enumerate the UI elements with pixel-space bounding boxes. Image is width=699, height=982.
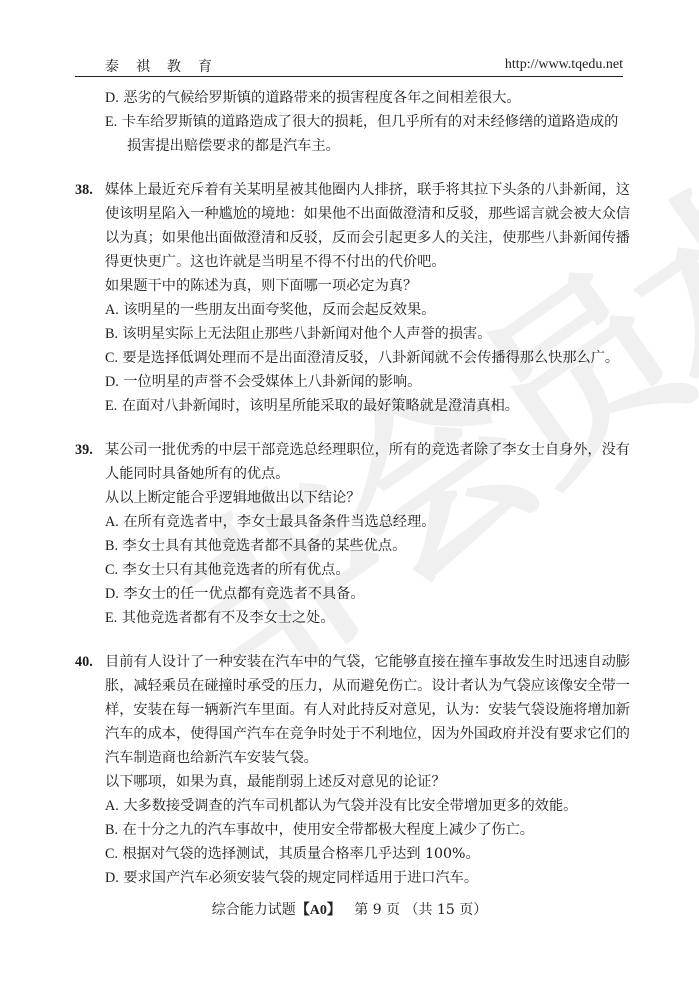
option-text: 在面对八卦新闻时，该明星所能采取的最好策略就是澄清真相。	[122, 398, 519, 414]
question-stem-line: 人能同时具备她所有的优点。	[75, 462, 630, 486]
option-text: 要求国产汽车必须安装气袋的规定同样适用于进口汽车。	[123, 870, 478, 886]
question-40: 40.目前有人设计了一种安装在汽车中的气袋，它能够直接在撞车事故发生时迅速自动膨…	[75, 650, 630, 890]
option-letter: B.	[105, 538, 118, 554]
question-number: 39.	[75, 438, 105, 462]
footer-title: 综合能力试题	[212, 902, 296, 918]
option-text: 该明星实际上无法阻止那些八卦新闻对他个人声誉的损害。	[123, 326, 492, 342]
question-number: 38.	[75, 178, 105, 202]
header-url: http://www.tqedu.net	[505, 57, 623, 73]
option-c: C. 李女士只有其他竞选者的所有优点。	[75, 558, 630, 582]
question-prompt: 从以上断定能合乎逻辑地做出以下结论？	[75, 486, 630, 510]
page-content: D. 恶劣的气候给罗斯镇的道路带来的损害程度各年之间相差很大。 E. 卡车给罗斯…	[75, 86, 630, 890]
question-39: 39.某公司一批优秀的中层干部竞选总经理职位，所有的竞选者除了李女士自身外，没有…	[75, 438, 630, 630]
document-page: 非会员水印 泰祺教育 http://www.tqedu.net D. 恶劣的气候…	[0, 0, 699, 982]
question-stem-line: 使该明星陷入一种尴尬的境地：如果他不出面做澄清和反驳，那些谣言就会被大众信	[75, 202, 630, 226]
option-b: B. 在十分之九的汽车事故中，使用安全带都极大程度上减少了伤亡。	[75, 818, 630, 842]
option-b: B. 李女士具有其他竞选者都不具备的某些优点。	[75, 534, 630, 558]
stem-text: 媒体上最近充斥着有关某明星被其他圈内人排挤，联手将其拉下头条的八卦新闻，这	[105, 182, 630, 198]
footer-page-label: 第 9 页 （共 15 页）	[354, 902, 487, 918]
page-header: 泰祺教育 http://www.tqedu.net	[75, 56, 623, 76]
question-stem-line: 40.目前有人设计了一种安装在汽车中的气袋，它能够直接在撞车事故发生时迅速自动膨	[75, 650, 630, 674]
question-stem-line: 以为真；如果他出面做澄清和反驳，反而会引起更多人的关注，使那些八卦新闻传播	[75, 226, 630, 250]
option-letter: A.	[105, 798, 119, 814]
option-letter: E.	[105, 398, 117, 414]
option-text: 卡车给罗斯镇的道路造成了很大的损耗，但几乎所有的对未经修缮的道路造成的	[122, 114, 619, 130]
question-stem-line: 汽车的成本，使得国产汽车在竞争时处于不利地位，因为外国政府并没有要求它们的	[75, 722, 630, 746]
spacer	[75, 158, 630, 178]
option-e: E. 其他竞选者都有不及李女士之处。	[75, 606, 630, 630]
header-divider	[75, 76, 623, 77]
option-text: 恶劣的气候给罗斯镇的道路带来的损害程度各年之间相差很大。	[123, 90, 520, 106]
option-letter: D.	[105, 870, 119, 886]
option-a: A. 该明星的一些朋友出面夸奖他，反而会起反效果。	[75, 298, 630, 322]
option-letter: B.	[105, 822, 118, 838]
spacer	[75, 630, 630, 650]
option-letter: A.	[105, 514, 119, 530]
option-letter: C.	[105, 846, 118, 862]
option-e: E. 卡车给罗斯镇的道路造成了很大的损耗，但几乎所有的对未经修缮的道路造成的	[75, 110, 630, 134]
question-stem-line: 39.某公司一批优秀的中层干部竞选总经理职位，所有的竞选者除了李女士自身外，没有	[75, 438, 630, 462]
option-text: 其他竞选者都有不及李女士之处。	[122, 610, 335, 626]
header-brand: 泰祺教育	[105, 56, 229, 76]
option-letter: E.	[105, 114, 117, 130]
option-letter: E.	[105, 610, 117, 626]
question-prompt: 以下哪项，如果为真，最能削弱上述反对意见的论证？	[75, 770, 630, 794]
option-letter: D.	[105, 586, 119, 602]
option-a: A. 大多数接受调查的汽车司机都认为气袋并没有比安全带增加更多的效能。	[75, 794, 630, 818]
stem-text: 某公司一批优秀的中层干部竞选总经理职位，所有的竞选者除了李女士自身外，没有	[105, 442, 630, 458]
question-stem-line: 胀，减轻乘员在碰撞时承受的压力，从而避免伤亡。设计者认为气袋应该像安全带一	[75, 674, 630, 698]
option-letter: D.	[105, 90, 119, 106]
option-c: C. 根据对气袋的选择测试，其质量合格率几乎达到 100%。	[75, 842, 630, 866]
option-b: B. 该明星实际上无法阻止那些八卦新闻对他个人声誉的损害。	[75, 322, 630, 346]
footer-code: 【A0】	[296, 903, 341, 918]
question-number: 40.	[75, 650, 105, 674]
option-text: 李女士只有其他竞选者的所有优点。	[123, 562, 350, 578]
option-letter: B.	[105, 326, 118, 342]
option-text: 该明星的一些朋友出面夸奖他，反而会起反效果。	[123, 302, 435, 318]
option-text: 大多数接受调查的汽车司机都认为气袋并没有比安全带增加更多的效能。	[123, 798, 577, 814]
option-text: 李女士的任一优点都有竞选者不具备。	[123, 586, 364, 602]
option-text: 要是选择低调处理而不是出面澄清反驳，八卦新闻就不会传播得那么快那么广。	[123, 350, 620, 366]
option-text: 根据对气袋的选择测试，其质量合格率几乎达到 100%。	[123, 846, 480, 862]
option-text: 李女士具有其他竞选者都不具备的某些优点。	[123, 538, 407, 554]
option-text: 在十分之九的汽车事故中，使用安全带都极大程度上减少了伤亡。	[123, 822, 534, 838]
option-d: D. 恶劣的气候给罗斯镇的道路带来的损害程度各年之间相差很大。	[75, 86, 630, 110]
option-letter: C.	[105, 350, 118, 366]
question-38: 38.媒体上最近充斥着有关某明星被其他圈内人排挤，联手将其拉下头条的八卦新闻，这…	[75, 178, 630, 418]
option-d: D. 要求国产汽车必须安装气袋的规定同样适用于进口汽车。	[75, 866, 630, 890]
question-stem-line: 汽车制造商也给新汽车安装气袋。	[75, 746, 630, 770]
option-d: D. 李女士的任一优点都有竞选者不具备。	[75, 582, 630, 606]
page-footer: 综合能力试题【A0】 第 9 页 （共 15 页）	[0, 899, 699, 919]
option-c: C. 要是选择低调处理而不是出面澄清反驳，八卦新闻就不会传播得那么快那么广。	[75, 346, 630, 370]
option-letter: D.	[105, 374, 119, 390]
option-text: 在所有竞选者中，李女士最具备条件当选总经理。	[123, 514, 435, 530]
option-text: 一位明星的声誉不会受媒体上八卦新闻的影响。	[123, 374, 421, 390]
option-letter: C.	[105, 562, 118, 578]
spacer	[75, 418, 630, 438]
question-prompt: 如果题干中的陈述为真，则下面哪一项必定为真？	[75, 274, 630, 298]
stem-text: 目前有人设计了一种安装在汽车中的气袋，它能够直接在撞车事故发生时迅速自动膨	[105, 654, 630, 670]
option-e: E. 在面对八卦新闻时，该明星所能采取的最好策略就是澄清真相。	[75, 394, 630, 418]
option-d: D. 一位明星的声誉不会受媒体上八卦新闻的影响。	[75, 370, 630, 394]
question-stem-line: 样，安装在每一辆新汽车里面。有人对此持反对意见，认为：安装气袋设施将增加新	[75, 698, 630, 722]
option-letter: A.	[105, 302, 119, 318]
question-stem-line: 38.媒体上最近充斥着有关某明星被其他圈内人排挤，联手将其拉下头条的八卦新闻，这	[75, 178, 630, 202]
option-a: A. 在所有竞选者中，李女士最具备条件当选总经理。	[75, 510, 630, 534]
question-stem-line: 得更快更广。这也许就是当明星不得不付出的代价吧。	[75, 250, 630, 274]
option-e-continuation: 损害提出赔偿要求的都是汽车主。	[75, 134, 630, 158]
